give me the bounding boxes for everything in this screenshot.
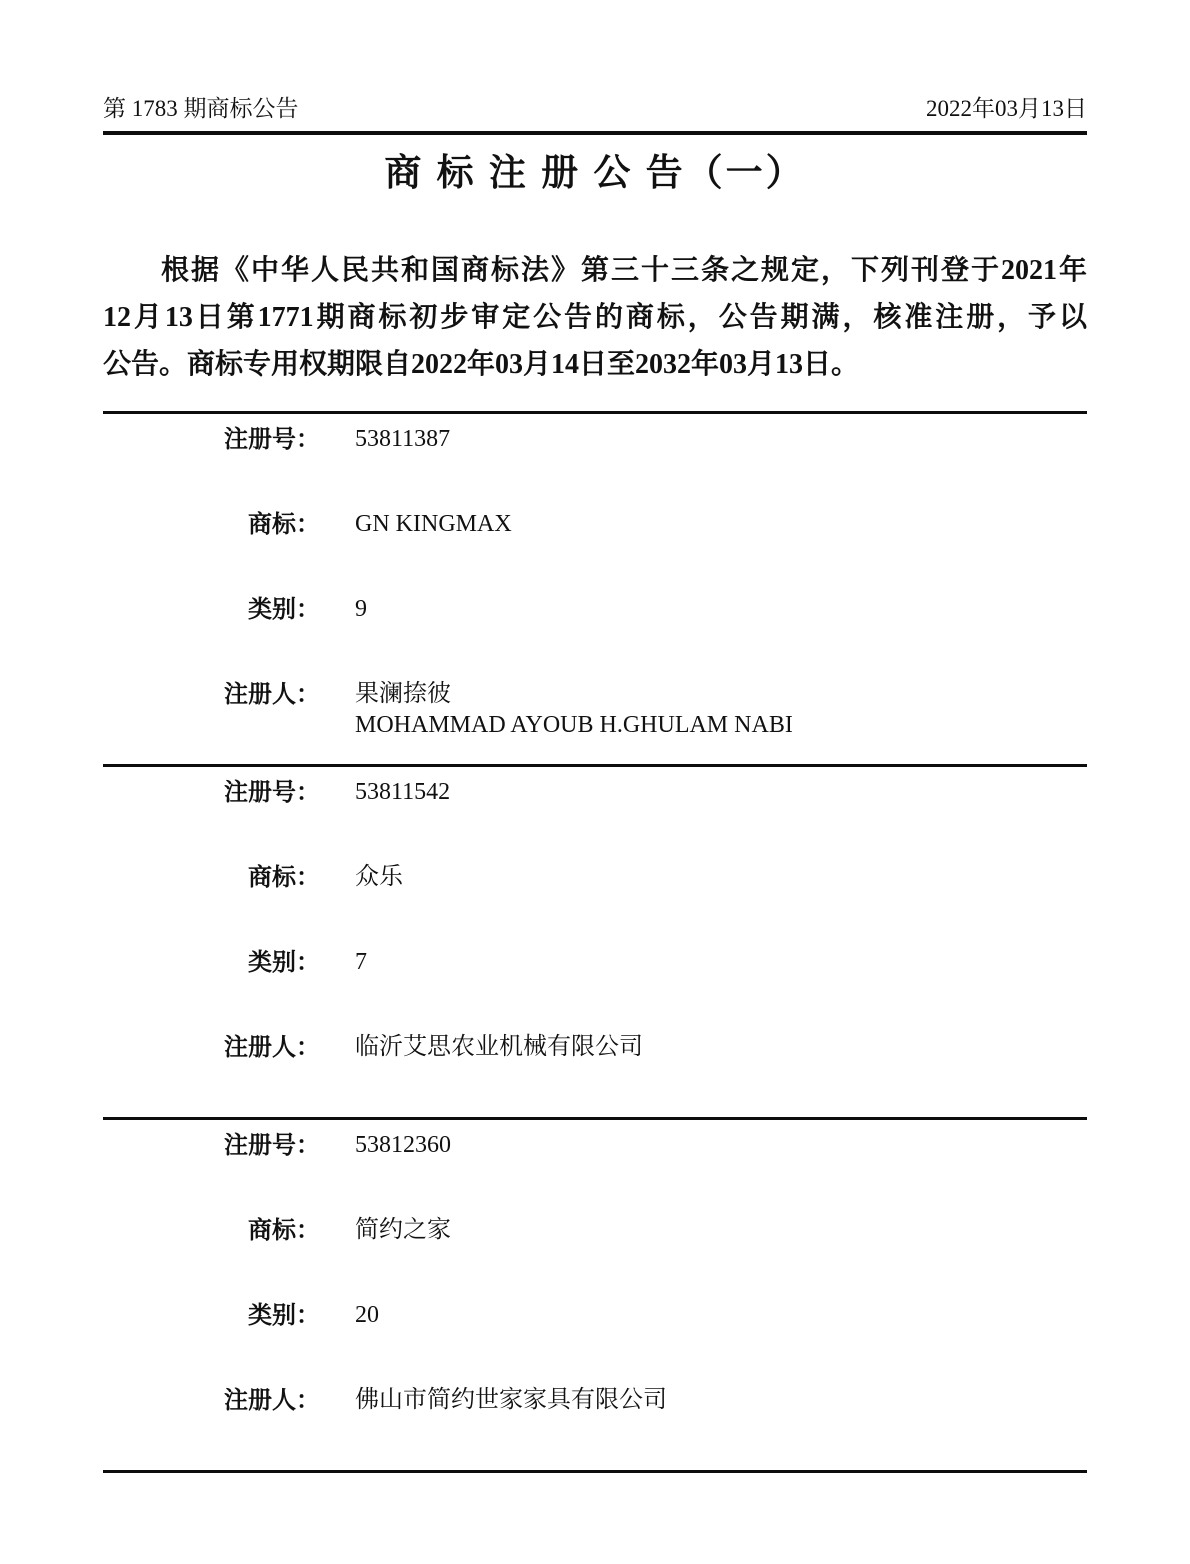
field-row-reg-no: 注册号： 53811387 — [103, 424, 1087, 509]
trademark-entry-1: 注册号： 53811387 商标： GN KINGMAX 类别： 9 注册人： … — [103, 411, 1087, 764]
field-value-category: 9 — [355, 594, 367, 625]
trademark-entries: 注册号： 53811387 商标： GN KINGMAX 类别： 9 注册人： … — [103, 411, 1087, 1473]
field-row-category: 类别： 9 — [103, 594, 1087, 679]
field-label-category: 类别： — [103, 1300, 320, 1331]
field-row-trademark: 商标： 简约之家 — [103, 1215, 1087, 1300]
field-label-registrant: 注册人： — [103, 1385, 320, 1416]
page-content: 第 1783 期商标公告 2022年03月13日 商 标 注 册 公 告（一） … — [103, 0, 1087, 1473]
page-header: 第 1783 期商标公告 2022年03月13日 — [103, 0, 1087, 122]
field-value-reg-no: 53811542 — [355, 777, 450, 808]
field-value-reg-no: 53811387 — [355, 424, 450, 455]
gazette-page: 第 1783 期商标公告 2022年03月13日 商 标 注 册 公 告（一） … — [0, 0, 1190, 1564]
header-date: 2022年03月13日 — [926, 96, 1087, 122]
field-label-registrant: 注册人： — [103, 1032, 320, 1063]
field-value-registrant: 临沂艾思农业机械有限公司 — [355, 1032, 643, 1063]
field-value-trademark: 简约之家 — [355, 1215, 451, 1246]
field-label-category: 类别： — [103, 947, 320, 978]
field-label-reg-no: 注册号： — [103, 1130, 320, 1161]
field-value-trademark: GN KINGMAX — [355, 509, 512, 540]
field-row-reg-no: 注册号： 53811542 — [103, 777, 1087, 862]
field-value-trademark: 众乐 — [355, 862, 403, 893]
field-label-registrant: 注册人： — [103, 679, 320, 710]
field-row-registrant: 注册人： 临沂艾思农业机械有限公司 — [103, 1032, 1087, 1117]
field-row-trademark: 商标： 众乐 — [103, 862, 1087, 947]
field-label-reg-no: 注册号： — [103, 424, 320, 455]
field-value-category: 20 — [355, 1300, 379, 1331]
registrant-name-cn: 临沂艾思农业机械有限公司 — [355, 1032, 643, 1063]
header-divider — [103, 131, 1087, 135]
field-label-trademark: 商标： — [103, 1215, 320, 1246]
field-value-registrant: 佛山市简约世家家具有限公司 — [355, 1385, 667, 1416]
field-row-registrant: 注册人： 佛山市简约世家家具有限公司 — [103, 1385, 1087, 1470]
registrant-name-en: MOHAMMAD AYOUB H.GHULAM NABI — [355, 710, 793, 741]
trademark-entry-2: 注册号： 53811542 商标： 众乐 类别： 7 注册人： 临沂艾思农业机械… — [103, 764, 1087, 1117]
field-label-category: 类别： — [103, 594, 320, 625]
field-label-reg-no: 注册号： — [103, 777, 320, 808]
intro-line-2: 12月13日第1771期商标初步审定公告的商标，公告期满，核准注册，予以 — [103, 294, 1087, 341]
field-row-category: 类别： 20 — [103, 1300, 1087, 1385]
field-row-category: 类别： 7 — [103, 947, 1087, 1032]
field-label-trademark: 商标： — [103, 509, 320, 540]
field-row-reg-no: 注册号： 53812360 — [103, 1130, 1087, 1215]
header-issue-label: 第 1783 期商标公告 — [103, 96, 299, 122]
field-row-trademark: 商标： GN KINGMAX — [103, 509, 1087, 594]
registrant-name-cn: 果澜捺彼 — [355, 679, 793, 710]
intro-line-3: 公告。商标专用权期限自2022年03月14日至2032年03月13日。 — [103, 341, 1087, 388]
field-value-category: 7 — [355, 947, 367, 978]
page-title: 商 标 注 册 公 告（一） — [103, 152, 1087, 196]
intro-paragraph: 根据《中华人民共和国商标法》第三十三条之规定，下列刊登于2021年 12月13日… — [103, 247, 1087, 388]
intro-line-1: 根据《中华人民共和国商标法》第三十三条之规定，下列刊登于2021年 — [103, 247, 1087, 294]
registrant-name-cn: 佛山市简约世家家具有限公司 — [355, 1385, 667, 1416]
field-value-reg-no: 53812360 — [355, 1130, 451, 1161]
field-row-registrant: 注册人： 果澜捺彼 MOHAMMAD AYOUB H.GHULAM NABI — [103, 679, 1087, 764]
field-label-trademark: 商标： — [103, 862, 320, 893]
field-value-registrant: 果澜捺彼 MOHAMMAD AYOUB H.GHULAM NABI — [355, 679, 793, 741]
trademark-entry-3: 注册号： 53812360 商标： 简约之家 类别： 20 注册人： 佛山市简约… — [103, 1117, 1087, 1473]
